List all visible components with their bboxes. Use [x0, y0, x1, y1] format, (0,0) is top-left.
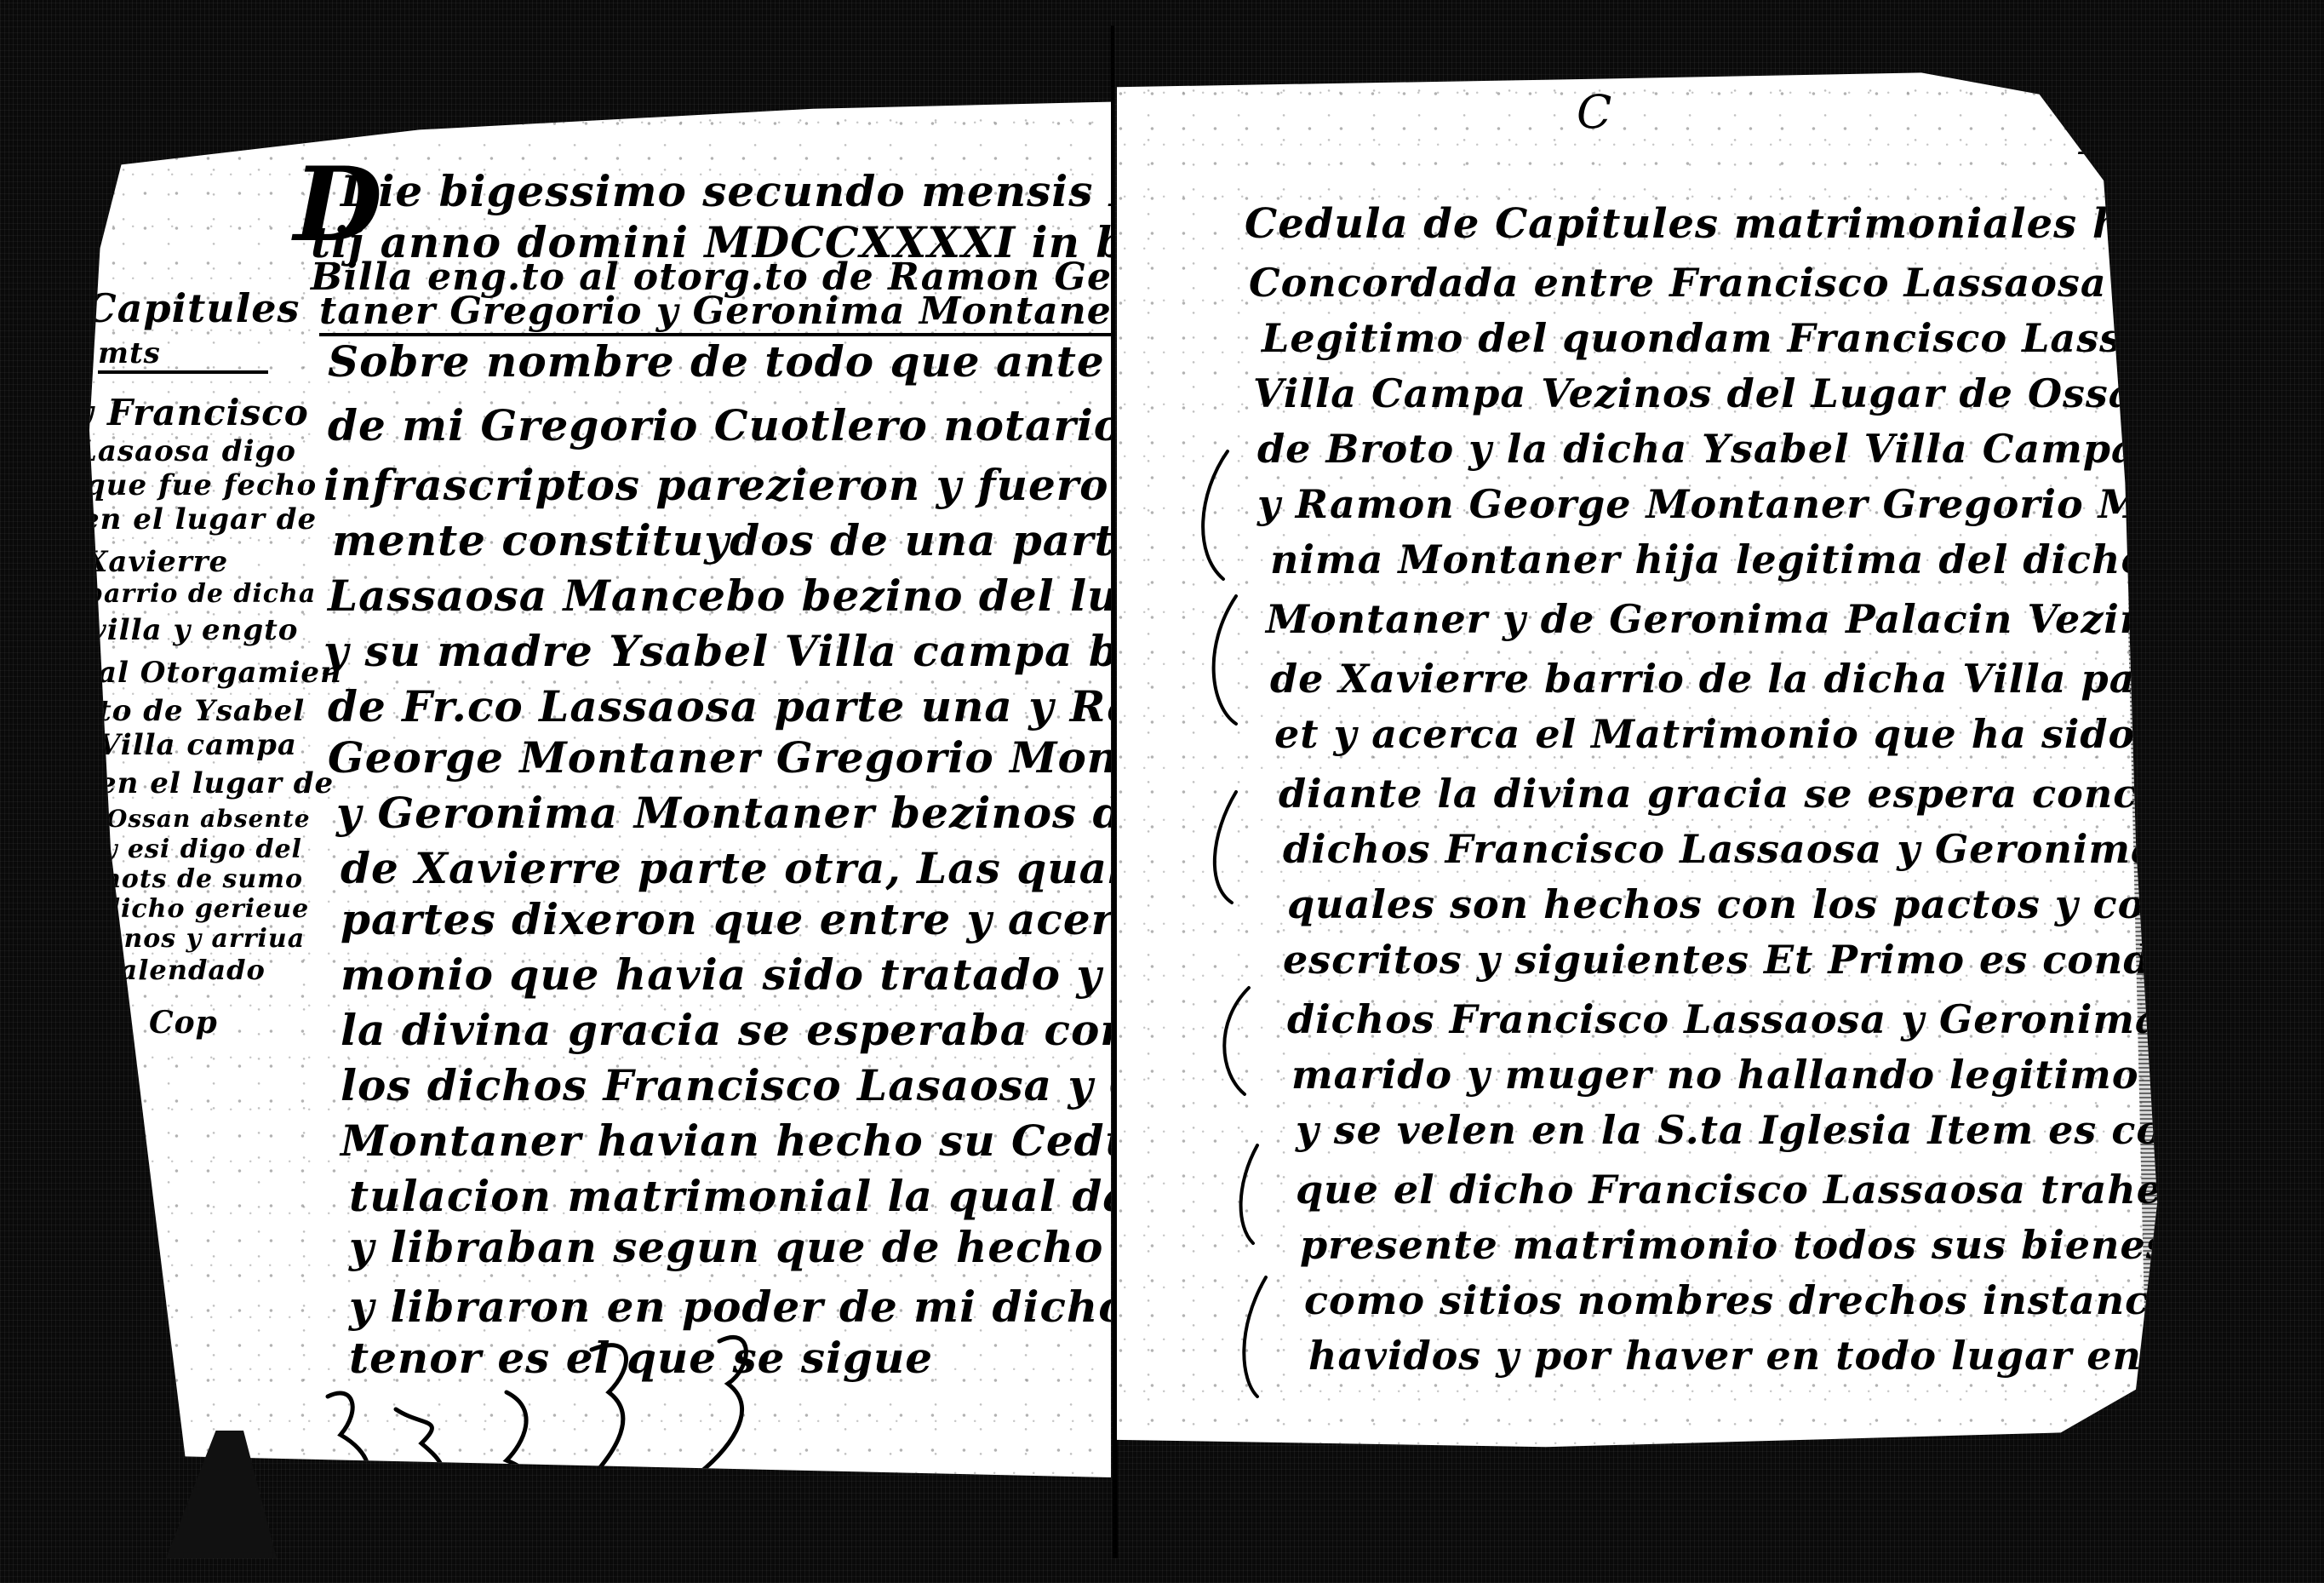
left-page: ~3 Capitules mts y Francisco Lasaosa dig… — [47, 81, 1111, 1477]
zigzag-flourish — [47, 81, 1111, 1477]
margin-brackets — [1117, 51, 2189, 1490]
right-page: C 11 Cedula de Capitules matrimoniales h… — [1117, 51, 2189, 1490]
